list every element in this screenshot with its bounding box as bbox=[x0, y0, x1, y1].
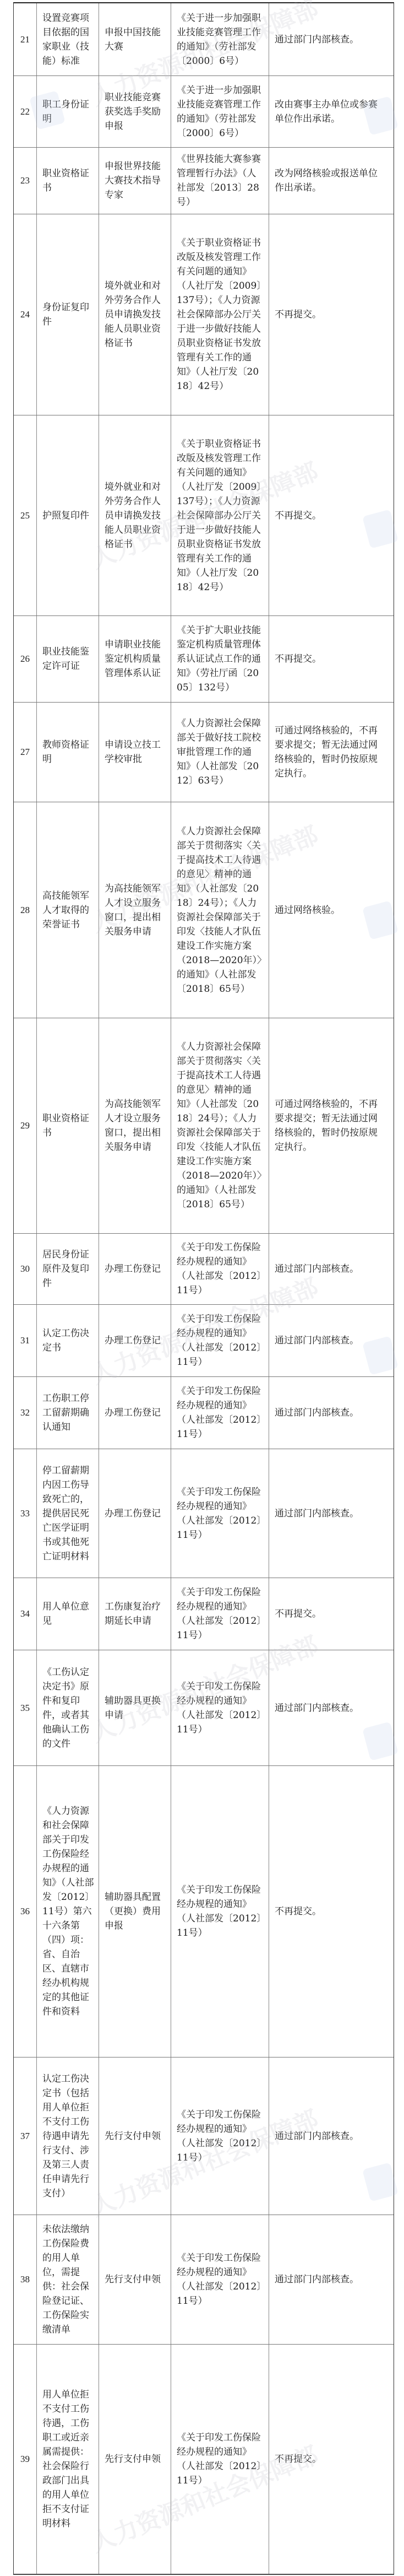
material-name-cell: 职业资格证书 bbox=[37, 1018, 99, 1233]
material-name: 用人单位意见 bbox=[42, 1600, 94, 1628]
material-name-cell: 居民身份证原件及复印件 bbox=[37, 1234, 99, 1304]
legal-basis-cell: 《关于职业资格证书改版及核发管理工作有关问题的通知》（人社厅发〔2009〕137… bbox=[171, 214, 269, 415]
legal-basis: 《关于印发工伤保险经办规程的通知》（人社部发〔2012〕11号） bbox=[177, 2431, 263, 2488]
service-matter: 申报中国技能大赛 bbox=[105, 25, 166, 54]
material-name: 未依法缴纳工伤保险费的用人单位，需提供：社会保险登记证、工伤保险实缴清单 bbox=[42, 2222, 94, 2337]
handling-method-cell: 通过部门内部核查。 bbox=[269, 1305, 392, 1376]
row-number: 29 bbox=[14, 1119, 36, 1133]
material-name-cell: 用人单位意见 bbox=[37, 1578, 99, 1650]
row-number: 26 bbox=[14, 652, 36, 666]
legal-basis: 《人力资源社会保障部关于贯彻落实〈关于提高技术工人待遇的意见〉精神的通知》（人社… bbox=[177, 824, 263, 996]
material-name: 职业技能鉴定许可证 bbox=[42, 645, 94, 673]
service-matter: 境外就业和对外劳务合作人员申请换发技能人员职业资格证书 bbox=[105, 480, 166, 552]
material-name-cell: 身份证复印件 bbox=[37, 214, 99, 415]
row-number: 24 bbox=[14, 307, 36, 322]
legal-basis: 《关于进一步加强职业技能竞赛管理工作的通知》（劳社部发〔2000〕6号） bbox=[177, 83, 263, 141]
handling-method: 通过部门内部核查。 bbox=[275, 1506, 386, 1521]
table-row: 26职业技能鉴定许可证申请职业技能鉴定机构质量管理体系认证《关于扩大职业技能鉴定… bbox=[14, 616, 394, 703]
material-name: 停工留薪期内因工伤导致死亡的，提供居民死亡医学证明书或其他死亡证明材料 bbox=[42, 1463, 94, 1564]
table-row: 28高技能领军人才取得的荣誉证书为高技能领军人才设立服务窗口，提出相关服务申请《… bbox=[14, 802, 394, 1018]
handling-method-cell: 可通过网络核验的，不再要求提交；暂无法通过网络核验的，暂时仍按原规定执行。 bbox=[269, 703, 392, 802]
service-matter: 为高技能领军人才设立服务窗口，提出相关服务申请 bbox=[105, 882, 166, 939]
table-row: 23职业资格证书申报世界技能大赛技术指导专家《世界技能大赛参赛管理暂行办法》（人… bbox=[14, 148, 394, 214]
handling-method-cell: 通过部门内部核查。 bbox=[269, 1650, 392, 1765]
handling-method-cell: 不再提交。 bbox=[269, 2345, 392, 2574]
service-matter: 先行支付申领 bbox=[105, 2452, 166, 2466]
row-number: 36 bbox=[14, 1904, 36, 1919]
row-number-cell: 25 bbox=[14, 415, 37, 615]
handling-method-cell: 通过部门内部核查。 bbox=[269, 3, 392, 75]
handling-method-cell: 通过网络核验。 bbox=[269, 802, 392, 1018]
table-row: 34用人单位意见工伤康复治疗期延长申请《关于印发工伤保险经办规程的通知》（人社部… bbox=[14, 1578, 394, 1650]
legal-basis-cell: 《关于印发工伤保险经办规程的通知》（人社部发〔2012〕11号） bbox=[171, 1766, 269, 2057]
row-number-cell: 22 bbox=[14, 76, 37, 147]
material-name: 身份证复印件 bbox=[42, 300, 94, 329]
service-matter: 先行支付申领 bbox=[105, 2272, 166, 2287]
legal-basis-cell: 《关于印发工伤保险经办规程的通知》（人社部发〔2012〕11号） bbox=[171, 1449, 269, 1578]
service-matter-cell: 申报世界技能大赛技术指导专家 bbox=[99, 148, 171, 214]
row-number: 28 bbox=[14, 903, 36, 917]
service-matter-cell: 为高技能领军人才设立服务窗口，提出相关服务申请 bbox=[99, 1018, 171, 1233]
service-matter-cell: 先行支付申领 bbox=[99, 2345, 171, 2574]
service-matter: 办理工伤登记 bbox=[105, 1506, 166, 1521]
service-matter: 辅助器具配置（更换）费用申报 bbox=[105, 1890, 166, 1933]
row-number-cell: 29 bbox=[14, 1018, 37, 1233]
handling-method-cell: 改为网络核验或报送单位作出承诺。 bbox=[269, 148, 392, 214]
legal-basis: 《关于印发工伤保险经办规程的通知》（人社部发〔2012〕11号） bbox=[177, 1240, 263, 1298]
material-name: 职业资格证书 bbox=[42, 166, 94, 195]
row-number-cell: 36 bbox=[14, 1766, 37, 2057]
row-number: 30 bbox=[14, 1262, 36, 1276]
service-matter-cell: 申请职业技能鉴定机构质量管理体系认证 bbox=[99, 616, 171, 702]
handling-method-cell: 通过部门内部核查。 bbox=[269, 2057, 392, 2215]
material-name-cell: 职业资格证书 bbox=[37, 148, 99, 214]
legal-basis-cell: 《关于印发工伤保险经办规程的通知》（人社部发〔2012〕11号） bbox=[171, 2345, 269, 2574]
service-matter-cell: 办理工伤登记 bbox=[99, 1305, 171, 1376]
service-matter-cell: 辅助器具更换申请 bbox=[99, 1650, 171, 1765]
handling-method: 通过部门内部核查。 bbox=[275, 1406, 386, 1420]
service-matter: 申请职业技能鉴定机构质量管理体系认证 bbox=[105, 638, 166, 681]
handling-method: 不再提交。 bbox=[275, 2452, 386, 2466]
handling-method-cell: 可通过网络核验的，不再要求提交；暂无法通过网络核验的，暂时仍按原规定执行。 bbox=[269, 1018, 392, 1233]
material-name-cell: 认定工伤决定书（包括用人单位拒不支付工伤待遇申请先行支付、涉及第三人责任申请先行… bbox=[37, 2057, 99, 2215]
legal-basis: 《关于印发工伤保险经办规程的通知》（人社部发〔2012〕11号） bbox=[177, 2251, 263, 2308]
handling-method: 通过部门内部核查。 bbox=[275, 2129, 386, 2143]
material-name-cell: 职工身份证明 bbox=[37, 76, 99, 147]
material-name: 教师资格证明 bbox=[42, 738, 94, 766]
row-number-cell: 21 bbox=[14, 3, 37, 75]
table-row: 24身份证复印件境外就业和对外劳务合作人员申请换发技能人员职业资格证书《关于职业… bbox=[14, 214, 394, 415]
service-matter-cell: 申请设立技工学校审批 bbox=[99, 703, 171, 802]
legal-basis: 《人力资源社会保障部关于做好技工院校审批管理工作的通知》（人社部发〔2012〕6… bbox=[177, 716, 263, 788]
service-matter: 办理工伤登记 bbox=[105, 1333, 166, 1348]
service-matter-cell: 申报中国技能大赛 bbox=[99, 3, 171, 75]
legal-basis-cell: 《关于印发工伤保险经办规程的通知》（人社部发〔2012〕11号） bbox=[171, 2215, 269, 2344]
handling-method-cell: 改由赛事主办单位或参赛单位作出承诺。 bbox=[269, 76, 392, 147]
row-number: 21 bbox=[14, 33, 36, 47]
row-number: 33 bbox=[14, 1506, 36, 1521]
legal-basis-cell: 《关于进一步加强职业技能竞赛管理工作的通知》（劳社部发〔2000〕6号） bbox=[171, 76, 269, 147]
table-row: 31认定工伤决定书办理工伤登记《关于印发工伤保险经办规程的通知》（人社部发〔20… bbox=[14, 1305, 394, 1377]
service-matter-cell: 工伤康复治疗期延长申请 bbox=[99, 1578, 171, 1650]
table-row: 36《人力资源和社会保障部关于印发工伤保险经办规程的通知》（人社部发〔2012〕… bbox=[14, 1766, 394, 2057]
service-matter-cell: 境外就业和对外劳务合作人员申请换发技能人员职业资格证书 bbox=[99, 415, 171, 615]
material-name-cell: 教师资格证明 bbox=[37, 703, 99, 802]
row-number: 23 bbox=[14, 174, 36, 188]
material-name-cell: 认定工伤决定书 bbox=[37, 1305, 99, 1376]
handling-method: 可通过网络核验的，不再要求提交；暂无法通过网络核验的，暂时仍按原规定执行。 bbox=[275, 1097, 386, 1154]
legal-basis: 《关于扩大职业技能鉴定机构质量管理体系认证试点工作的通知》（劳社厅函〔2005〕… bbox=[177, 623, 263, 695]
legal-basis: 《关于印发工伤保险经办规程的通知》（人社部发〔2012〕11号） bbox=[177, 1679, 263, 1737]
legal-basis-cell: 《关于印发工伤保险经办规程的通知》（人社部发〔2012〕11号） bbox=[171, 1578, 269, 1650]
service-matter: 境外就业和对外劳务合作人员申请换发技能人员职业资格证书 bbox=[105, 279, 166, 350]
legal-basis: 《关于职业资格证书改版及核发管理工作有关问题的通知》（人社厅发〔2009〕137… bbox=[177, 437, 263, 595]
legal-basis-cell: 《关于扩大职业技能鉴定机构质量管理体系认证试点工作的通知》（劳社厅函〔2005〕… bbox=[171, 616, 269, 702]
service-matter-cell: 办理工伤登记 bbox=[99, 1234, 171, 1304]
row-number: 27 bbox=[14, 745, 36, 759]
handling-method: 通过部门内部核查。 bbox=[275, 1701, 386, 1715]
service-matter: 为高技能领军人才设立服务窗口，提出相关服务申请 bbox=[105, 1097, 166, 1154]
material-name-cell: 设置竞赛项目依据的国家职业（技能）标准 bbox=[37, 3, 99, 75]
handling-method: 通过部门内部核查。 bbox=[275, 1262, 386, 1276]
service-matter-cell: 办理工伤登记 bbox=[99, 1449, 171, 1578]
material-name: 设置竞赛项目依据的国家职业（技能）标准 bbox=[42, 11, 94, 68]
table-row: 35《工伤认定决定书》原件和复印件，或者其他确认工伤的文件辅助器具更换申请《关于… bbox=[14, 1650, 394, 1766]
handling-method-cell: 不再提交。 bbox=[269, 415, 392, 615]
legal-basis: 《关于印发工伤保险经办规程的通知》（人社部发〔2012〕11号） bbox=[177, 1485, 263, 1542]
service-matter-cell: 先行支付申领 bbox=[99, 2057, 171, 2215]
material-name-cell: 工伤职工停工留薪期确认通知 bbox=[37, 1377, 99, 1449]
handling-method-cell: 通过部门内部核查。 bbox=[269, 1234, 392, 1304]
row-number-cell: 34 bbox=[14, 1578, 37, 1650]
service-matter: 职业技能竞赛获奖选手奖励申报 bbox=[105, 90, 166, 133]
row-number-cell: 28 bbox=[14, 802, 37, 1018]
table-row: 22职工身份证明职业技能竞赛获奖选手奖励申报《关于进一步加强职业技能竞赛管理工作… bbox=[14, 76, 394, 148]
material-name: 用人单位拒不支付工伤待遇，工伤职工或近亲属需提供：社会保险行政部门出具的用人单位… bbox=[42, 2388, 94, 2531]
service-matter: 申请设立技工学校审批 bbox=[105, 738, 166, 766]
row-number: 32 bbox=[14, 1406, 36, 1420]
legal-basis: 《关于印发工伤保险经办规程的通知》（人社部发〔2012〕11号） bbox=[177, 1585, 263, 1643]
material-name-cell: 《人力资源和社会保障部关于印发工伤保险经办规程的通知》（人社部发〔2012〕11… bbox=[37, 1766, 99, 2057]
handling-method: 不再提交。 bbox=[275, 1904, 386, 1919]
handling-method-cell: 通过部门内部核查。 bbox=[269, 1377, 392, 1449]
legal-basis: 《关于印发工伤保险经办规程的通知》（人社部发〔2012〕11号） bbox=[177, 1312, 263, 1369]
table-row: 21设置竞赛项目依据的国家职业（技能）标准申报中国技能大赛《关于进一步加强职业技… bbox=[14, 3, 394, 76]
legal-basis: 《关于职业资格证书改版及核发管理工作有关问题的通知》（人社厅发〔2009〕137… bbox=[177, 236, 263, 393]
row-number: 37 bbox=[14, 2129, 36, 2143]
row-number-cell: 23 bbox=[14, 148, 37, 214]
row-number: 25 bbox=[14, 509, 36, 523]
service-matter: 先行支付申领 bbox=[105, 2129, 166, 2143]
row-number: 22 bbox=[14, 105, 36, 119]
legal-basis-cell: 《关于印发工伤保险经办规程的通知》（人社部发〔2012〕11号） bbox=[171, 1305, 269, 1376]
table-row: 29职业资格证书为高技能领军人才设立服务窗口，提出相关服务申请《人力资源社会保障… bbox=[14, 1018, 394, 1234]
material-name-cell: 高技能领军人才取得的荣誉证书 bbox=[37, 802, 99, 1018]
row-number-cell: 38 bbox=[14, 2215, 37, 2344]
row-number-cell: 24 bbox=[14, 214, 37, 415]
material-name: 《工伤认定决定书》原件和复印件，或者其他确认工伤的文件 bbox=[42, 1665, 94, 1751]
material-name: 高技能领军人才取得的荣誉证书 bbox=[42, 889, 94, 932]
handling-method: 不再提交。 bbox=[275, 509, 386, 523]
handling-method: 通过部门内部核查。 bbox=[275, 2272, 386, 2287]
handling-method: 不再提交。 bbox=[275, 652, 386, 666]
legal-basis-cell: 《关于印发工伤保险经办规程的通知》（人社部发〔2012〕11号） bbox=[171, 2057, 269, 2215]
service-matter-cell: 职业技能竞赛获奖选手奖励申报 bbox=[99, 76, 171, 147]
row-number: 38 bbox=[14, 2272, 36, 2287]
handling-method-cell: 不再提交。 bbox=[269, 214, 392, 415]
legal-basis-cell: 《关于印发工伤保险经办规程的通知》（人社部发〔2012〕11号） bbox=[171, 1650, 269, 1765]
legal-basis-cell: 《关于印发工伤保险经办规程的通知》（人社部发〔2012〕11号） bbox=[171, 1377, 269, 1449]
handling-method-cell: 通过部门内部核查。 bbox=[269, 1449, 392, 1578]
row-number: 39 bbox=[14, 2452, 36, 2466]
table-row: 32工伤职工停工留薪期确认通知办理工伤登记《关于印发工伤保险经办规程的通知》（人… bbox=[14, 1377, 394, 1449]
material-name: 职工身份证明 bbox=[42, 98, 94, 126]
legal-basis-cell: 《关于职业资格证书改版及核发管理工作有关问题的通知》（人社厅发〔2009〕137… bbox=[171, 415, 269, 615]
handling-method-cell: 不再提交。 bbox=[269, 1578, 392, 1650]
material-name-cell: 未依法缴纳工伤保险费的用人单位，需提供：社会保险登记证、工伤保险实缴清单 bbox=[37, 2215, 99, 2344]
handling-method: 可通过网络核验的，不再要求提交；暂无法通过网络核验的，暂时仍按原规定执行。 bbox=[275, 723, 386, 781]
handling-method: 不再提交。 bbox=[275, 307, 386, 322]
row-number: 31 bbox=[14, 1333, 36, 1348]
table-row: 37认定工伤决定书（包括用人单位拒不支付工伤待遇申请先行支付、涉及第三人责任申请… bbox=[14, 2057, 394, 2215]
service-matter: 申报世界技能大赛技术指导专家 bbox=[105, 159, 166, 202]
legal-basis-cell: 《关于进一步加强职业技能竞赛管理工作的通知》（劳社部发〔2000〕6号） bbox=[171, 3, 269, 75]
service-matter-cell: 办理工伤登记 bbox=[99, 1377, 171, 1449]
legal-basis-cell: 《人力资源社会保障部关于做好技工院校审批管理工作的通知》（人社部发〔2012〕6… bbox=[171, 703, 269, 802]
row-number-cell: 33 bbox=[14, 1449, 37, 1578]
handling-method: 通过网络核验。 bbox=[275, 903, 386, 917]
material-name: 认定工伤决定书 bbox=[42, 1326, 94, 1355]
service-matter: 工伤康复治疗期延长申请 bbox=[105, 1600, 166, 1628]
legal-basis: 《关于印发工伤保险经办规程的通知》（人社部发〔2012〕11号） bbox=[177, 2108, 263, 2165]
material-name-cell: 护照复印件 bbox=[37, 415, 99, 615]
table-row: 30居民身份证原件及复印件办理工伤登记《关于印发工伤保险经办规程的通知》（人社部… bbox=[14, 1234, 394, 1305]
row-number-cell: 30 bbox=[14, 1234, 37, 1304]
service-matter: 办理工伤登记 bbox=[105, 1262, 166, 1276]
handling-method-cell: 不再提交。 bbox=[269, 1766, 392, 2057]
material-name-cell: 职业技能鉴定许可证 bbox=[37, 616, 99, 702]
table-row: 33停工留薪期内因工伤导致死亡的，提供居民死亡医学证明书或其他死亡证明材料办理工… bbox=[14, 1449, 394, 1578]
table-row: 39用人单位拒不支付工伤待遇，工伤职工或近亲属需提供：社会保险行政部门出具的用人… bbox=[14, 2345, 394, 2575]
handling-method-cell: 不再提交。 bbox=[269, 616, 392, 702]
material-name-cell: 用人单位拒不支付工伤待遇，工伤职工或近亲属需提供：社会保险行政部门出具的用人单位… bbox=[37, 2345, 99, 2574]
legal-basis-cell: 《人力资源社会保障部关于贯彻落实〈关于提高技术工人待遇的意见〉精神的通知》（人社… bbox=[171, 802, 269, 1018]
material-name: 工伤职工停工留薪期确认通知 bbox=[42, 1391, 94, 1434]
service-matter-cell: 境外就业和对外劳务合作人员申请换发技能人员职业资格证书 bbox=[99, 214, 171, 415]
material-name: 居民身份证原件及复印件 bbox=[42, 1248, 94, 1290]
requirements-table: 21设置竞赛项目依据的国家职业（技能）标准申报中国技能大赛《关于进一步加强职业技… bbox=[13, 2, 394, 2575]
service-matter: 办理工伤登记 bbox=[105, 1406, 166, 1420]
legal-basis: 《人力资源社会保障部关于贯彻落实〈关于提高技术工人待遇的意见〉精神的通知》（人社… bbox=[177, 1040, 263, 1212]
legal-basis: 《关于印发工伤保险经办规程的通知》（人社部发〔2012〕11号） bbox=[177, 1883, 263, 1940]
row-number-cell: 39 bbox=[14, 2345, 37, 2574]
service-matter-cell: 辅助器具配置（更换）费用申报 bbox=[99, 1766, 171, 2057]
handling-method-cell: 通过部门内部核查。 bbox=[269, 2215, 392, 2344]
service-matter-cell: 先行支付申领 bbox=[99, 2215, 171, 2344]
row-number-cell: 26 bbox=[14, 616, 37, 702]
handling-method: 不再提交。 bbox=[275, 1607, 386, 1621]
row-number-cell: 31 bbox=[14, 1305, 37, 1376]
service-matter-cell: 为高技能领军人才设立服务窗口，提出相关服务申请 bbox=[99, 802, 171, 1018]
legal-basis: 《关于进一步加强职业技能竞赛管理工作的通知》（劳社部发〔2000〕6号） bbox=[177, 11, 263, 68]
legal-basis-cell: 《人力资源社会保障部关于贯彻落实〈关于提高技术工人待遇的意见〉精神的通知》（人社… bbox=[171, 1018, 269, 1233]
row-number: 35 bbox=[14, 1701, 36, 1715]
handling-method: 改为网络核验或报送单位作出承诺。 bbox=[275, 166, 386, 195]
handling-method: 通过部门内部核查。 bbox=[275, 33, 386, 47]
material-name: 认定工伤决定书（包括用人单位拒不支付工伤待遇申请先行支付、涉及第三人责任申请先行… bbox=[42, 2072, 94, 2201]
service-matter: 辅助器具更换申请 bbox=[105, 1694, 166, 1722]
material-name: 护照复印件 bbox=[42, 509, 94, 523]
table-row: 25护照复印件境外就业和对外劳务合作人员申请换发技能人员职业资格证书《关于职业资… bbox=[14, 415, 394, 616]
legal-basis-cell: 《世界技能大赛参赛管理暂行办法》（人社部发〔2013〕28号） bbox=[171, 148, 269, 214]
row-number: 34 bbox=[14, 1607, 36, 1621]
handling-method: 改由赛事主办单位或参赛单位作出承诺。 bbox=[275, 98, 386, 126]
material-name: 《人力资源和社会保障部关于印发工伤保险经办规程的通知》（人社部发〔2012〕11… bbox=[42, 1804, 94, 2019]
row-number-cell: 27 bbox=[14, 703, 37, 802]
row-number-cell: 32 bbox=[14, 1377, 37, 1449]
legal-basis: 《世界技能大赛参赛管理暂行办法》（人社部发〔2013〕28号） bbox=[177, 152, 263, 209]
row-number-cell: 35 bbox=[14, 1650, 37, 1765]
material-name-cell: 《工伤认定决定书》原件和复印件，或者其他确认工伤的文件 bbox=[37, 1650, 99, 1765]
material-name: 职业资格证书 bbox=[42, 1111, 94, 1140]
handling-method: 通过部门内部核查。 bbox=[275, 1333, 386, 1348]
table-row: 38未依法缴纳工伤保险费的用人单位，需提供：社会保险登记证、工伤保险实缴清单先行… bbox=[14, 2215, 394, 2345]
legal-basis: 《关于印发工伤保险经办规程的通知》（人社部发〔2012〕11号） bbox=[177, 1384, 263, 1441]
legal-basis-cell: 《关于印发工伤保险经办规程的通知》（人社部发〔2012〕11号） bbox=[171, 1234, 269, 1304]
row-number-cell: 37 bbox=[14, 2057, 37, 2215]
table-row: 27教师资格证明申请设立技工学校审批《人力资源社会保障部关于做好技工院校审批管理… bbox=[14, 703, 394, 802]
material-name-cell: 停工留薪期内因工伤导致死亡的，提供居民死亡医学证明书或其他死亡证明材料 bbox=[37, 1449, 99, 1578]
